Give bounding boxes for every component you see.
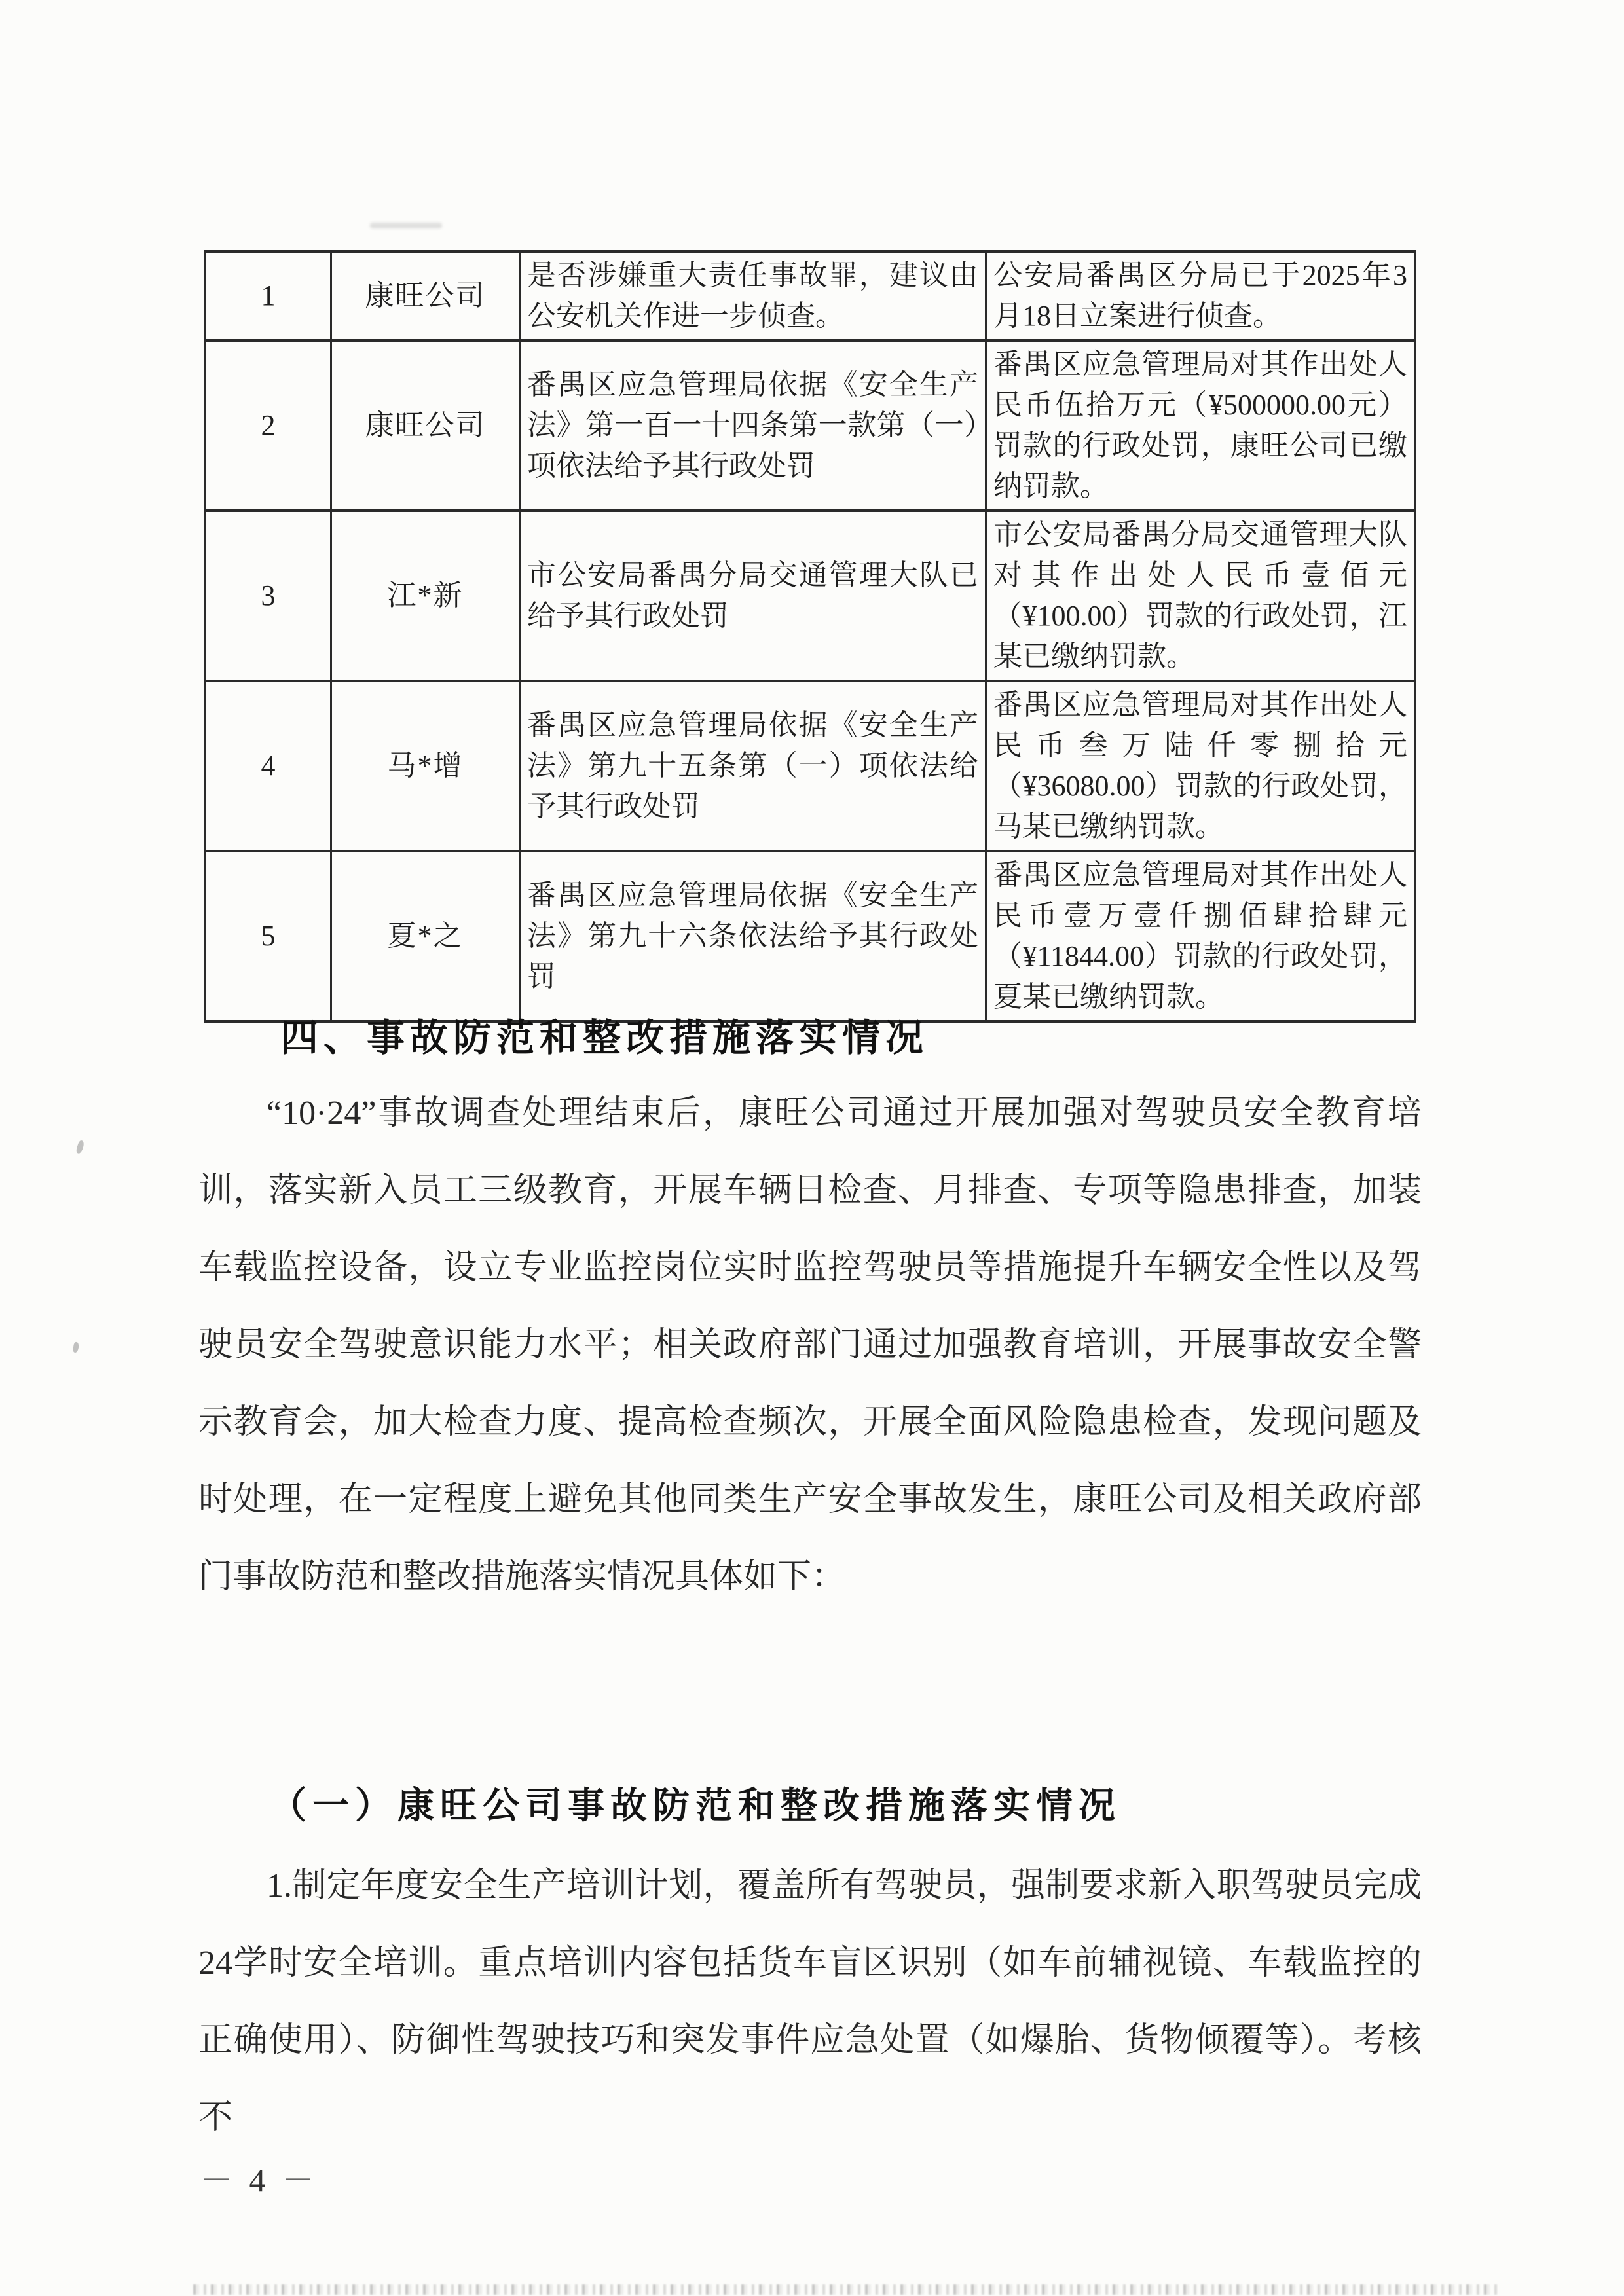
page-number: － 4 － <box>200 2154 318 2201</box>
penalty-table: 1 康旺公司 是否涉嫌重大责任事故罪，建议由公安机关作进一步侦查。 公安局番禺区… <box>204 250 1416 1023</box>
row-number: 1 <box>206 251 331 340</box>
handling-result: 市公安局番禺分局交通管理大队对其作出处人民币壹佰元（¥100.00）罚款的行政处… <box>986 511 1415 681</box>
party-name: 江*新 <box>331 511 520 681</box>
table-row: 5 夏*之 番禺区应急管理局依据《安全生产法》第九十六条依法给予其行政处罚 番禺… <box>206 851 1415 1021</box>
row-number: 3 <box>206 511 331 681</box>
sub-heading: （一）康旺公司事故防范和整改措施落实情况 <box>270 1777 1121 1829</box>
table-row: 1 康旺公司 是否涉嫌重大责任事故罪，建议由公安机关作进一步侦查。 公安局番禺区… <box>206 251 1415 340</box>
table-row: 2 康旺公司 番禺区应急管理局依据《安全生产法》第一百一十四条第一款第（一）项依… <box>206 340 1415 511</box>
handling-measure: 是否涉嫌重大责任事故罪，建议由公安机关作进一步侦查。 <box>520 251 986 340</box>
document-page: 1 康旺公司 是否涉嫌重大责任事故罪，建议由公安机关作进一步侦查。 公安局番禺区… <box>0 0 1624 2296</box>
handling-result: 番禺区应急管理局对其作出处人民币伍拾万元（¥500000.00元）罚款的行政处罚… <box>986 340 1415 511</box>
scan-speck <box>75 1140 85 1154</box>
party-name: 夏*之 <box>331 851 520 1021</box>
handling-result: 番禺区应急管理局对其作出处人民币叁万陆仟零捌拾元（¥36080.00）罚款的行政… <box>986 681 1415 851</box>
handling-measure: 市公安局番禺分局交通管理大队已给予其行政处罚 <box>520 511 986 681</box>
scan-speck <box>73 1341 80 1353</box>
handling-measure: 番禺区应急管理局依据《安全生产法》第九十六条依法给予其行政处罚 <box>520 851 986 1021</box>
handling-result: 公安局番禺区分局已于2025年3月18日立案进行侦查。 <box>986 251 1415 340</box>
row-number: 4 <box>206 681 331 851</box>
party-name: 康旺公司 <box>331 340 520 511</box>
handling-measure: 番禺区应急管理局依据《安全生产法》第九十五条第（一）项依法给予其行政处罚 <box>520 681 986 851</box>
row-number: 5 <box>206 851 331 1021</box>
paragraph-overview: “10·24”事故调查处理结束后，康旺公司通过开展加强对驾驶员安全教育培训，落实… <box>198 1075 1422 1616</box>
row-number: 2 <box>206 340 331 511</box>
page-edge-bleed <box>193 2284 1500 2295</box>
party-name: 康旺公司 <box>331 251 520 340</box>
paragraph-measure-1: 1.制定年度安全生产培训计划，覆盖所有驾驶员，强制要求新入职驾驶员完成24学时安… <box>198 1848 1422 2157</box>
handling-measure: 番禺区应急管理局依据《安全生产法》第一百一十四条第一款第（一）项依法给予其行政处… <box>520 340 986 511</box>
party-name: 马*增 <box>331 681 520 851</box>
table-row: 4 马*增 番禺区应急管理局依据《安全生产法》第九十五条第（一）项依法给予其行政… <box>206 681 1415 851</box>
handling-result: 番禺区应急管理局对其作出处人民币壹万壹仟捌佰肆拾肆元（¥11844.00）罚款的… <box>986 851 1415 1021</box>
scan-smudge <box>370 223 442 228</box>
section-heading: 四、事故防范和整改措施落实情况 <box>280 1007 929 1062</box>
table-row: 3 江*新 市公安局番禺分局交通管理大队已给予其行政处罚 市公安局番禺分局交通管… <box>206 511 1415 681</box>
